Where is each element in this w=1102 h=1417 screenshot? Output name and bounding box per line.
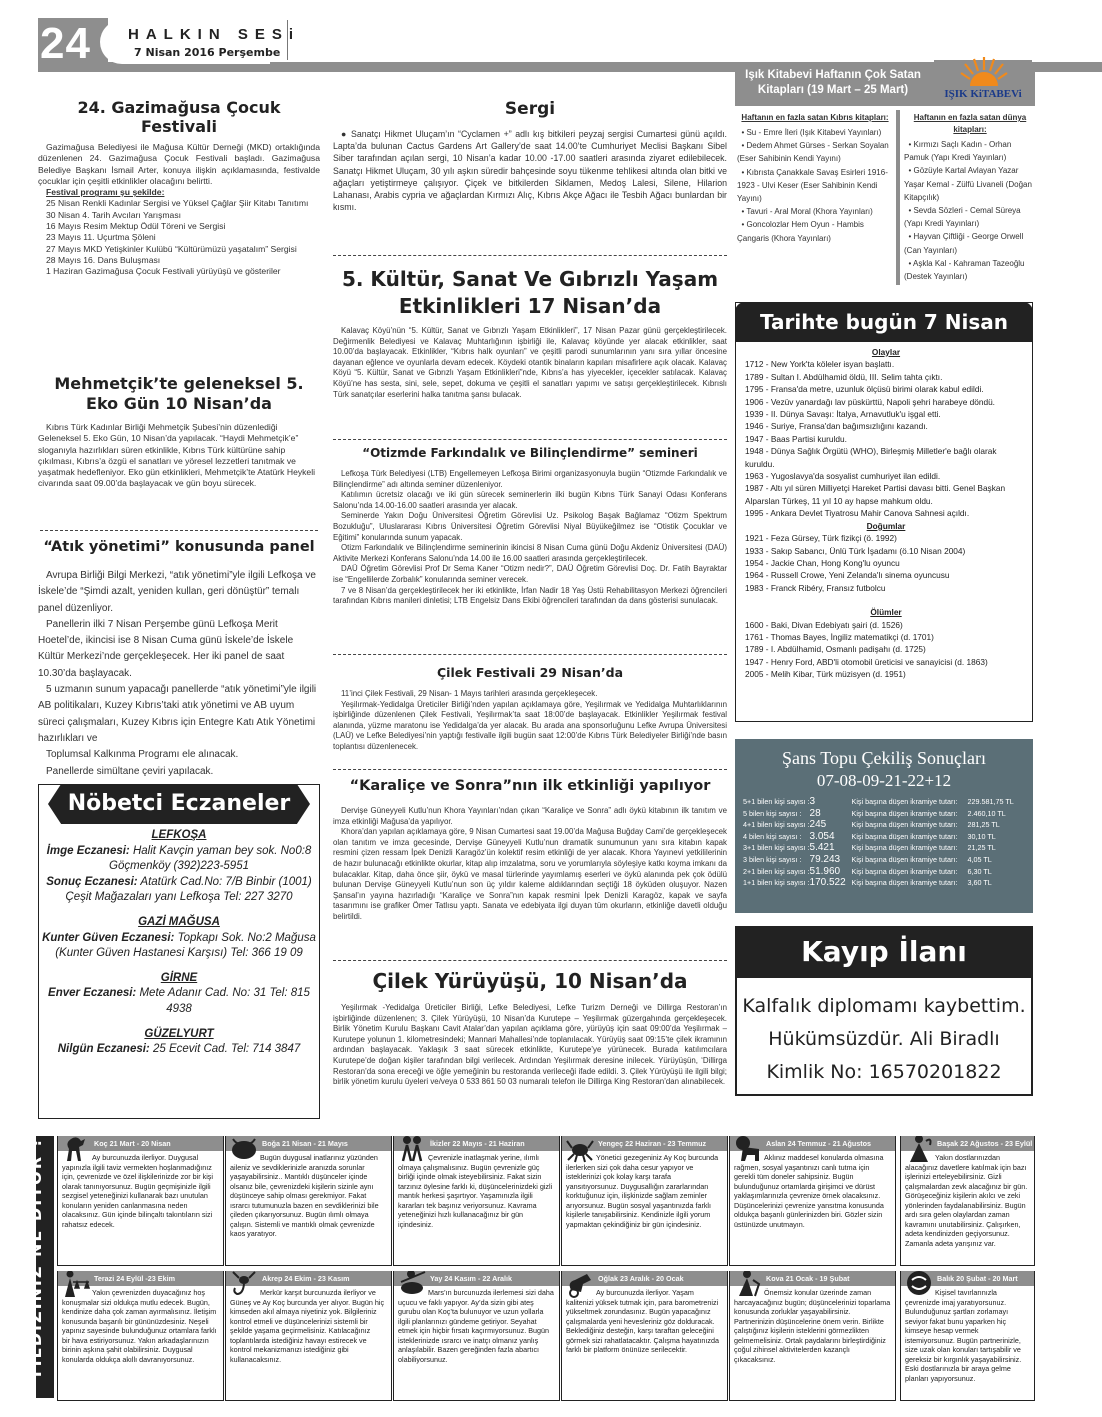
paragraph: 11’inci Çilek Festivali, 29 Nisan- 1 May… [333, 689, 727, 700]
birth-item: 1954 - Jackie Chan, Hong Kong'lu oyuncu [745, 557, 1027, 569]
deaths-heading: Ölümler [745, 606, 1027, 618]
paragraph: Khora’dan yapılan açıklamaya göre, 9 Nis… [333, 827, 727, 922]
prize-row: 4+1 bilen kişi sayısı :245Kişi başına dü… [743, 819, 1014, 831]
paragraph: Seminerde Yakın Doğu Üniversitesi Öğreti… [333, 511, 727, 543]
paper-name: HALKIN SESi [128, 26, 300, 43]
lottery-title: Şans Topu Çekiliş Sonuçları [735, 748, 1033, 769]
horoscope-virgo: Başak 22 Ağustos - 23 Eylül Yakın dostla… [900, 1136, 1035, 1266]
births-heading: Doğumlar [745, 520, 1027, 532]
pharmacy-name: Enver Eczanesi: [48, 987, 136, 999]
event-item: 1947 - Baas Partisi kuruldu. [745, 433, 1027, 445]
notice-line: Hükümsüzdür. Ali Biradlı [738, 1023, 1030, 1056]
prize-table: 5+1 bilen kişi sayısı :3Kişi başına düşe… [743, 796, 1014, 889]
lottery-results: Şans Topu Çekiliş Sonuçları 07-08-09-21-… [735, 739, 1033, 913]
death-item: 2005 - Melih Kibar, Türk müzisyen (d. 19… [745, 668, 1027, 680]
pharmacy-address: Halit Kavçin yaman bey sok. No0:8 Göçmen… [109, 845, 311, 873]
paragraph: Kalavaç Köyü’nün “5. Kültür, Sanat ve Gı… [333, 326, 727, 400]
program-item: 1 Haziran Gazimağusa Çocuk Festivali yür… [38, 266, 320, 277]
bestseller-title-line1: Işık Kitabevi Haftanın Çok Satan [735, 68, 931, 83]
lost-notice-body: Kalfalık diplomamı kaybettim. Hükümsüzdü… [738, 990, 1030, 1089]
event-item: 1948 - Dünya Sağlık Örgütü (WHO), Birleş… [745, 445, 1027, 470]
notice-line: Kalfalık diplomamı kaybettim. [738, 990, 1030, 1023]
pharmacy-address: 25 Ecevit Cad. Tel: 714 3847 [153, 1043, 300, 1055]
article-mehmetcik: Mehmetçik’te geleneksel 5. Eko Gün 10 Ni… [38, 374, 320, 490]
event-item: 1795 - Fransa'da metre, uzunluk ölçüsü b… [745, 383, 1027, 395]
paragraph: Yeşilırmak -Yedidalga Üreticiler Birliği… [333, 1003, 727, 1088]
paragraph: 5 uzmanın sunum yapacağı panellerde “atı… [38, 682, 320, 747]
article-title: Mehmetçik’te geleneksel 5. Eko Gün 10 Ni… [38, 374, 320, 414]
article-gazimagusa: 24. Gazimağusa Çocuk Festivali Gazimağus… [38, 98, 320, 278]
lost-notice-title: Kayıp İlanı [735, 926, 1033, 978]
article-title: “Otizmde Farkındalık ve Bilinçlendirme” … [333, 445, 727, 461]
events-heading: Olaylar [745, 346, 1027, 358]
event-item: 1995 - Ankara Devlet Tiyatrosu Mahir Can… [745, 507, 1027, 519]
section-divider [333, 769, 727, 770]
city-girne: GİRNE [40, 971, 318, 987]
pharmacy-entry: Enver Eczanesi: Mete Adanır Cad. No: 31 … [40, 986, 318, 1017]
program-item: 30 Nisan 4. Tarih Avcıları Yarışması [38, 210, 320, 221]
city-guzelyurt: GÜZELYURT [40, 1027, 318, 1043]
section-divider [40, 530, 318, 531]
section-divider [333, 255, 727, 256]
horoscope-gemini: İkizler 22 Mayıs - 21 Haziran Çevrenizle… [393, 1136, 560, 1266]
book-item: • Kıbrısta Çanakkale Savaş Esirleri 1916… [737, 166, 893, 206]
paragraph: Katılımın ücretsiz olacağı ve iki gün sü… [333, 490, 727, 511]
birth-item: 1921 - Feza Gürsey, Türk fizikçi (ö. 199… [745, 532, 1027, 544]
paragraph: Lefkoşa Türk Belediyesi (LTB) Engellemey… [333, 469, 727, 490]
article-title: Sergi [333, 98, 727, 120]
horoscope-leo: Aslan 24 Temmuz - 21 Ağustos Aklınız mad… [729, 1136, 896, 1266]
book-item: • Dedem Ahmet Gürses - Serkan Soyalan (E… [737, 139, 893, 165]
article-body: ● Sanatçı Hikmet Uluçam’ın “Cyclamen +” … [333, 128, 727, 213]
paragraph: Dervişe Güneyyeli Kutlu’nun Khora Yayınl… [333, 806, 727, 827]
article-body: 11’inci Çilek Festivali, 29 Nisan- 1 May… [333, 689, 727, 753]
prize-row: 4 bilen kişi sayısı :3.054Kişi başına dü… [743, 831, 1014, 843]
article-title: Çilek Festivali 29 Nisan’da [333, 664, 727, 681]
book-item: • Su - Emre İleri (Işık Kitabevi Yayınla… [737, 126, 893, 139]
event-item: 1789 - Sultan I. Abdülhamid öldü, III. S… [745, 371, 1027, 383]
pharmacy-address: Mete Adanır Cad. No: 31 Tel: 815 4938 [139, 987, 309, 1015]
article-otizm: “Otizmde Farkındalık ve Bilinçlendirme” … [333, 445, 727, 607]
list-title: Haftanın en fazla satan dünya kitapları: [904, 112, 1036, 136]
issue-date: 7 Nisan 2016 Perşembe [134, 46, 280, 59]
virgo-icon [904, 1136, 934, 1163]
paragraph: Avrupa Birliği Bilgi Merkezi, “atık yöne… [38, 568, 320, 617]
horoscope-taurus: Boğa 21 Nisan - 21 Mayıs Bugün duygusal … [225, 1136, 392, 1266]
birth-item: 1933 - Sakıp Sabancı, Ünlü Türk İşadamı … [745, 545, 1027, 557]
paragraph: Sanatçı Hikmet Uluçam’ın “Cyclamen +” ad… [333, 129, 727, 212]
death-item: 1789 - I. Abdülhamid, Osmanlı padişahı (… [745, 643, 1027, 655]
city-gazimagusa: GAZİ MAĞUSA [40, 915, 318, 931]
horoscope-capricorn: Oğlak 23 Aralık - 20 Ocak Ay burcunuzda … [561, 1271, 728, 1401]
horoscope-aries: Koç 21 Mart - 20 Nisan Ay burcunuzda ile… [57, 1136, 224, 1266]
program-item: 23 Mayıs 11. Uçurtma Şöleni [38, 232, 320, 243]
capricorn-icon [565, 1271, 595, 1298]
leo-icon [733, 1136, 763, 1163]
bookstore-logo-text: IŞIK KiTABEVi [936, 88, 1030, 100]
pisces-icon [904, 1271, 934, 1298]
paragraph: Panellerde simültane çeviri yapılacak. [38, 764, 320, 780]
page-number: 24 [40, 18, 106, 70]
event-item: 1946 - Suriye, Fransa'dan bağımsızlığını… [745, 420, 1027, 432]
article-body: Kalavaç Köyü’nün “5. Kültür, Sanat ve Gı… [333, 326, 727, 400]
section-divider [333, 439, 727, 440]
libra-icon [61, 1271, 91, 1298]
program-item: 25 Nisan Renkli Kadınlar Sergisi ve Yüks… [38, 198, 320, 209]
pharmacy-name: İmge Eczanesi: [47, 845, 130, 857]
paragraph: Panellerin ilki 7 Nisan Perşembe günü Le… [38, 617, 320, 682]
event-item: 1987 - Altı yıl süren Milliyetçi Hareket… [745, 482, 1027, 507]
paragraph: Gazimağusa Belediyesi ile Mağusa Kültür … [38, 142, 320, 187]
article-title: 5. Kültür, Sanat Ve Gıbrızlı Yaşam Etkin… [333, 266, 727, 320]
sagittarius-icon [397, 1271, 427, 1298]
birth-item: 1964 - Russell Crowe, Yeni Zelanda'lı si… [745, 569, 1027, 581]
article-atik: “Atık yönetimi” konusunda panel Avrupa B… [38, 538, 320, 780]
event-item: 1939 - II. Dünya Savaşı: İtalya, Arnavut… [745, 408, 1027, 420]
history-title: Tarihte bugün 7 Nisan [735, 302, 1033, 342]
pharmacy-name: Kunter Güven Eczanesi: [42, 932, 174, 944]
bullet-icon: ● [341, 129, 351, 139]
book-item: • Kırmızı Saçlı Kadın - Orhan Pamuk (Yap… [904, 138, 1036, 164]
history-list: Olaylar 1712 - New York'ta köleler isyan… [745, 346, 1027, 681]
column-divider [896, 110, 900, 285]
cyprus-bestsellers: Haftanın en fazla satan Kıbrıs kitapları… [737, 112, 893, 245]
prize-row: 3+1 bilen kişi sayısı :5.421Kişi başına … [743, 842, 1014, 854]
pharmacy-name: Nilgün Eczanesi: [58, 1043, 150, 1055]
birth-item: 1983 - Franck Ribéry, Fransız futbolcu [745, 582, 1027, 594]
paragraph: DAÜ Öğretim Görevlisi Prof Dr Sema Kaner… [333, 564, 727, 585]
sign-text: Bugün duygusal inatlarınız yüzünden aile… [226, 1151, 391, 1239]
prize-row: 1+1 bilen kişi sayısı :170.522Kişi başın… [743, 877, 1014, 889]
winning-numbers: 07-08-09-21-22+12 [735, 771, 1033, 791]
notice-line: Kimlik No: 16570201822 [738, 1056, 1030, 1089]
pharmacy-title: Nöbetci Eczaneler [48, 784, 310, 824]
horoscope-scorpio: Akrep 24 Ekim - 23 Kasım Merkür karşıt b… [225, 1271, 392, 1401]
article-sergi: Sergi ● Sanatçı Hikmet Uluçam’ın “Cyclam… [333, 98, 727, 213]
pharmacy-entry: İmge Eczanesi: Halit Kavçin yaman bey so… [40, 844, 318, 875]
paragraph: Yeşilırmak-Yedidalga Üreticiler Birliği’… [333, 700, 727, 753]
article-cilek-yuruyusu: Çilek Yürüyüşü, 10 Nisan’da Yeşilırmak -… [333, 968, 727, 1088]
article-body: Yeşilırmak -Yedidalga Üreticiler Birliği… [333, 1003, 727, 1088]
death-item: 1947 - Henry Ford, ABD'li otomobil üreti… [745, 656, 1027, 668]
program-item: 27 Mayıs MKD Yetişkinler Kulübü “Kültürü… [38, 244, 320, 255]
paragraph: Kıbrıs Türk Kadınlar Birliği Mehmetçik Ş… [38, 422, 320, 490]
city-lefkosa: LEFKOŞA [40, 828, 318, 844]
prize-row: 3 bilen kişi sayısı :79.243Kişi başına d… [743, 854, 1014, 866]
article-title: 24. Gazimağusa Çocuk Festivali [38, 98, 320, 136]
book-item: • Tavuri - Aral Moral (Khora Yayınları) [737, 205, 893, 218]
event-item: 1906 - Vezüv yanardağı lav püskürttü, Na… [745, 396, 1027, 408]
horoscope-libra: Terazi 24 Eylül -23 Ekim Yakın çevrenizd… [57, 1271, 224, 1401]
death-item: 1600 - Baki, Divan Edebiyatı şairi (d. 1… [745, 619, 1027, 631]
prize-row: 5 bilen kişi sayısı :28Kişi başına düşen… [743, 808, 1014, 820]
program-item: 16 Mayıs Resim Mektup Ödül Töreni ve Ser… [38, 221, 320, 232]
article-title: “Karaliçe ve Sonra”nın ilk etkinliği yap… [333, 776, 727, 796]
article-body: Kıbrıs Türk Kadınlar Birliği Mehmetçik Ş… [38, 422, 320, 490]
program-item: 28 Mayıs 16. Dans Buluşması [38, 255, 320, 266]
paragraph: Toplumsal Kalkınma Programı ele alınacak… [38, 747, 320, 763]
world-bestsellers: Haftanın en fazla satan dünya kitapları:… [904, 112, 1036, 283]
paragraph: 7 ve 8 Nisan’da gerçekleştirilecek her i… [333, 586, 727, 607]
article-body: Avrupa Birliği Bilgi Merkezi, “atık yöne… [38, 568, 320, 780]
aries-icon [61, 1136, 91, 1163]
prize-row: 5+1 bilen kişi sayısı :3Kişi başına düşe… [743, 796, 1014, 808]
article-cilek-festivali: Çilek Festivali 29 Nisan’da 11’inci Çile… [333, 664, 727, 753]
pharmacy-list: LEFKOŞA İmge Eczanesi: Halit Kavçin yama… [40, 828, 318, 1058]
gemini-icon [397, 1136, 427, 1163]
paragraph: Otizm Farkındalık ve Bilinçlendirme semi… [333, 543, 727, 564]
book-item: • Gözüyle Kartal Avlayan Yazar Yaşar Kem… [904, 164, 1036, 204]
sign-text: Kişisel tavırlarınızla çevrenizde imaj y… [901, 1286, 1034, 1383]
horoscope-aquarius: Kova 21 Ocak - 19 Şubat Önemsiz konular … [729, 1271, 896, 1401]
book-item: • Hayvan Çiftliği - George Orwell (Can Y… [904, 230, 1036, 256]
event-item: 1712 - New York'ta köleler isyan başlatt… [745, 358, 1027, 370]
article-title: “Atık yönetimi” konusunda panel [38, 538, 320, 556]
article-body: Lefkoşa Türk Belediyesi (LTB) Engellemey… [333, 469, 727, 607]
pharmacy-name: Sonuç Eczanesi: [46, 876, 137, 888]
section-divider [333, 960, 727, 961]
header-divider [287, 20, 288, 60]
book-item: • Goncolozlar Hem Oyun - Hambis Çangaris… [737, 218, 893, 244]
pharmacy-entry: Sonuç Eczanesi: Atatürk Cad.No: 7/B Binb… [40, 875, 318, 906]
taurus-icon [229, 1136, 259, 1163]
pharmacy-entry: Kunter Güven Eczanesi: Topkapı Sok. No:2… [40, 931, 318, 962]
horoscope-pisces: Balık 20 Şubat - 20 Mart Kişisel tavırla… [900, 1271, 1035, 1401]
aquarius-icon [733, 1271, 763, 1298]
event-item: 1963 - Yugoslavya'da sosyalist cumhuriye… [745, 470, 1027, 482]
horoscope-cancer: Yengeç 22 Haziran - 23 Temmuz Yönetici g… [561, 1136, 728, 1266]
sun-logo-icon [960, 56, 1008, 86]
book-item: • Sevda Sözleri - Cemal Süreya (Yapı Kre… [904, 204, 1036, 230]
bestseller-title-line2: Kitapları (19 Mart – 25 Mart) [735, 83, 931, 98]
article-body: Gazimağusa Belediyesi ile Mağusa Kültür … [38, 142, 320, 278]
list-title: Haftanın en fazla satan Kıbrıs kitapları… [737, 112, 893, 124]
book-item: • Aşkla Kal - Kahraman Tazeoğlu (Destek … [904, 257, 1036, 283]
death-item: 1761 - Thomas Bayes, İngiliz matematikçi… [745, 631, 1027, 643]
prize-row: 2+1 bilen kişi sayısı :51.960Kişi başına… [743, 866, 1014, 878]
article-kultur: 5. Kültür, Sanat Ve Gıbrızlı Yaşam Etkin… [333, 266, 727, 400]
horoscope-sagittarius: Yay 24 Kasım - 22 Aralık Mars’ın burcunu… [393, 1271, 560, 1401]
horoscope-side-title: YILDIZINIZ NE DİYOR ? [26, 1120, 45, 1380]
section-divider [333, 654, 727, 655]
article-body: Dervişe Güneyyeli Kutlu’nun Khora Yayınl… [333, 806, 727, 923]
scorpio-icon [229, 1271, 259, 1298]
sign-text: Yakın dostlarınızdan alacağınız davetler… [901, 1151, 1034, 1248]
pharmacy-entry: Nilgün Eczanesi: 25 Ecevit Cad. Tel: 714… [40, 1042, 318, 1058]
article-title: Çilek Yürüyüşü, 10 Nisan’da [333, 968, 727, 995]
cancer-icon [565, 1136, 595, 1163]
program-label: Festival programı şu şekilde: [38, 187, 320, 198]
article-karalice: “Karaliçe ve Sonra”nın ilk etkinliği yap… [333, 776, 727, 923]
